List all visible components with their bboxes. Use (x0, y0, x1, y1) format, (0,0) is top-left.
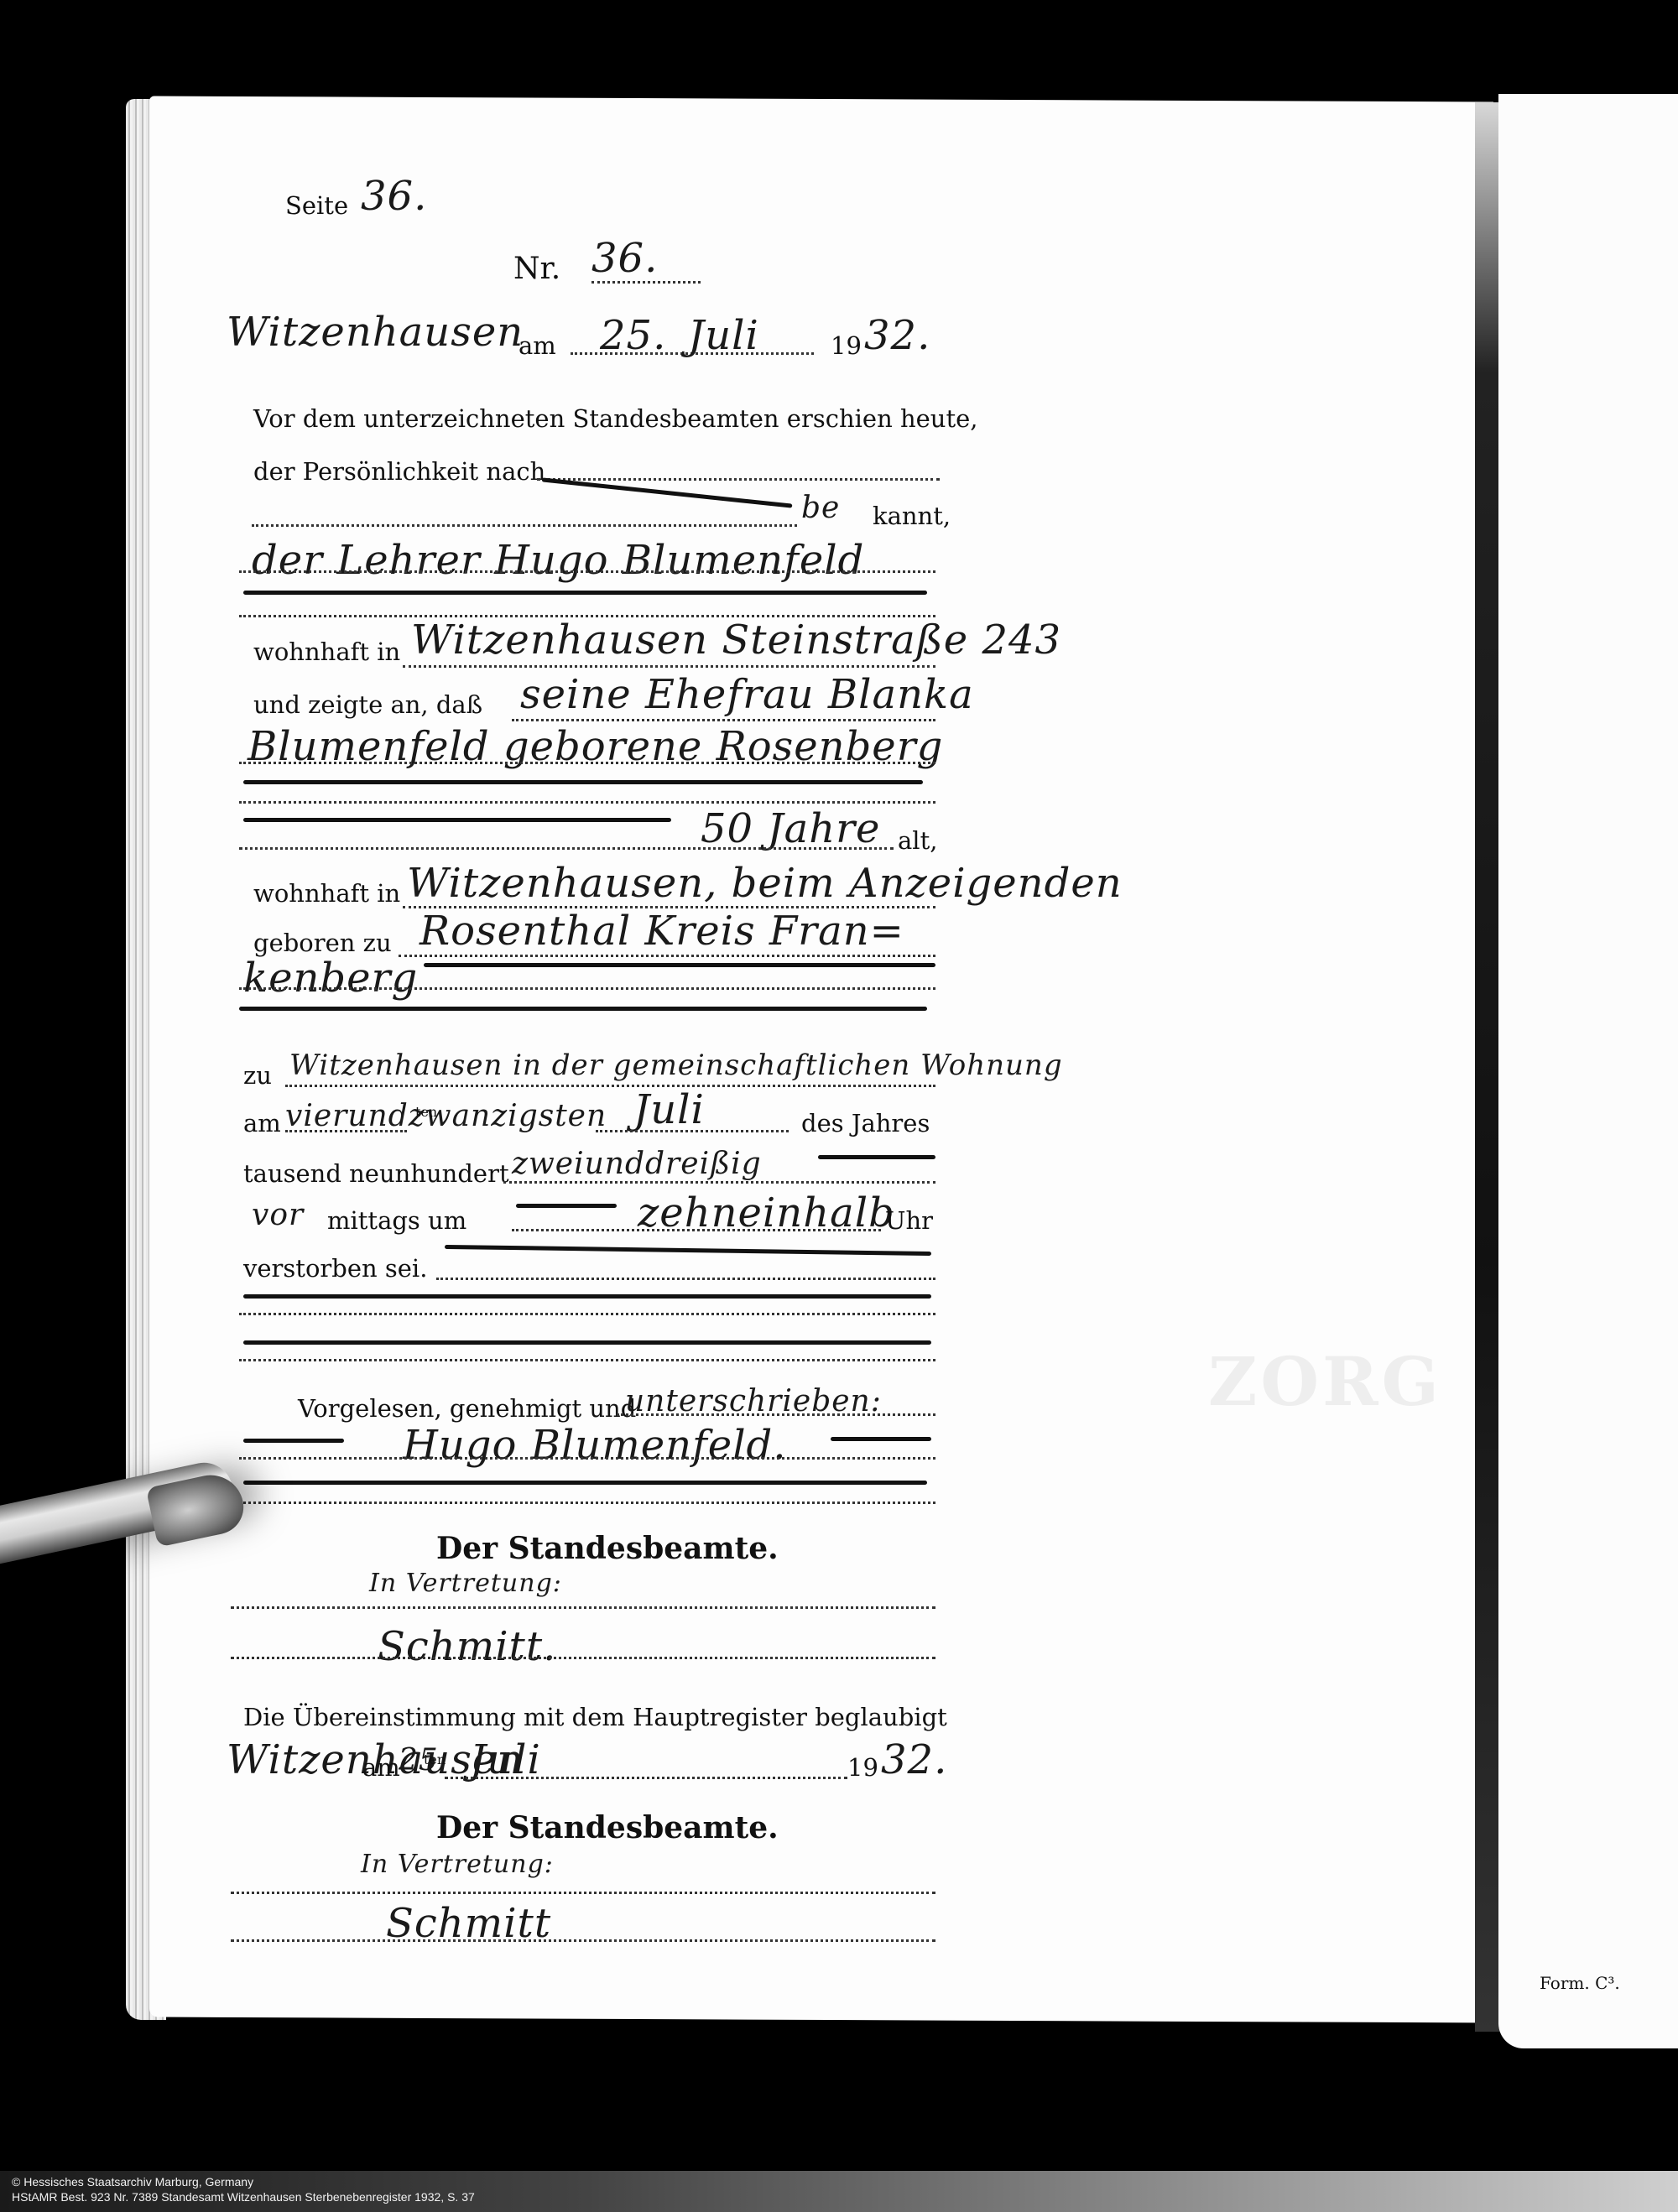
born-value-2: kenberg (243, 955, 418, 1002)
born-line-1 (399, 955, 935, 957)
age-suffix: alt, (898, 826, 937, 855)
identity-suffix: kannt, (873, 502, 951, 530)
signature-strike-right (831, 1437, 931, 1441)
thousand-label: tausend neunhundert (243, 1159, 509, 1188)
rule (243, 1340, 931, 1345)
header-am: am (519, 331, 556, 360)
death-year-value: zweiunddreißig (512, 1147, 762, 1181)
deceased-line-2 (239, 762, 935, 764)
death-place-line (285, 1085, 935, 1087)
certification-line: Die Übereinstimmung mit dem Hauptregiste… (243, 1703, 947, 1731)
header-year-prefix: 19 (831, 331, 862, 360)
residence-value: Witzenhausen Steinstraße 243 (411, 617, 1061, 664)
age-strike (243, 818, 671, 822)
death-year-label: des Jahres (801, 1109, 930, 1137)
entry-number: 36. (591, 235, 658, 282)
death-date-label: am (243, 1109, 281, 1137)
identity-label: der Persönlichkeit nach (253, 457, 545, 486)
entry-number-line (591, 281, 701, 284)
age-line (239, 847, 894, 850)
registrar-title-2: Der Standesbeamte. (436, 1810, 779, 1845)
informant-line (239, 570, 935, 573)
time-line (512, 1229, 881, 1231)
death-day-suffix: ten (415, 1104, 437, 1120)
rule (243, 591, 927, 595)
header-day: 25. (600, 312, 666, 359)
page-label: Seite (285, 191, 348, 220)
header-month: Juli (688, 312, 759, 359)
time-prefix: vor (252, 1198, 304, 1232)
rule (243, 780, 923, 784)
footer-copyright: © Hessisches Staatsarchiv Marburg, Germa… (12, 2174, 1666, 2189)
deceased-residence-label: wohnhaft in (253, 879, 400, 908)
read-label: Vorgelesen, genehmigt und (298, 1394, 636, 1423)
read-line (617, 1413, 935, 1416)
rule (243, 1481, 927, 1485)
death-place-value: Witzenhausen in der gemeinschaftlichen W… (289, 1049, 1063, 1082)
page-number: 36. (361, 173, 427, 220)
header-year-suffix: 32. (864, 312, 930, 359)
time-mittags-label: mittags um (327, 1206, 466, 1235)
registrar-deputy-2: In Vertretung: (361, 1850, 554, 1879)
show-through-watermark: ZORG (1208, 1342, 1442, 1421)
deceased-residence-value: Witzenhausen, beim Anzeigenden (407, 860, 1123, 907)
registrar-title-1: Der Standesbeamte. (436, 1531, 779, 1566)
death-year-strike (818, 1155, 935, 1159)
registrar-line-1 (231, 1606, 935, 1609)
identity-line-2 (252, 524, 797, 527)
facing-page (1498, 94, 1678, 2048)
time-strike (516, 1204, 617, 1208)
intro-line: Vor dem unterzeichneten Standesbeamten e… (253, 404, 978, 433)
blank-line (239, 1313, 935, 1315)
deceased-line-1 (512, 719, 935, 721)
death-month-value: Juli (633, 1086, 705, 1133)
identity-line (537, 478, 940, 481)
registrar-line-3 (231, 1892, 935, 1894)
signature-line (239, 1457, 935, 1460)
informant-signature: Hugo Blumenfeld. (403, 1422, 787, 1469)
death-year-line (503, 1181, 935, 1184)
deceased-name-1: seine Ehefrau Blanka (520, 671, 974, 718)
death-day-value: vierundzwanzigsten (285, 1099, 607, 1133)
blank-line (239, 1502, 935, 1504)
registrar-signature-1: Schmitt. (378, 1623, 556, 1670)
blank-line (239, 1359, 935, 1361)
registrar-deputy-1: In Vertretung: (369, 1569, 562, 1598)
footer-citation: HStAMR Best. 923 Nr. 7389 Standesamt Wit… (12, 2189, 1666, 2204)
blank-line (239, 801, 935, 804)
time-uhr-label: Uhr (885, 1206, 933, 1235)
born-value-1: Rosenthal Kreis Fran= (419, 908, 904, 955)
born-line-2 (239, 987, 935, 990)
form-code: Form. C³. (1540, 1973, 1620, 1993)
cert-year-prefix: 19 (847, 1753, 878, 1782)
residence-line (403, 665, 935, 668)
archive-footer: © Hessisches Staatsarchiv Marburg, Germa… (0, 2171, 1678, 2212)
residence-label: wohnhaft in (253, 638, 400, 666)
death-day-line (285, 1130, 407, 1132)
born-strike (424, 963, 935, 967)
age-value: 50 Jahre (701, 805, 880, 852)
book-gutter (1475, 102, 1500, 2032)
rule (243, 1294, 931, 1299)
died-line (436, 1278, 935, 1280)
death-month-line (596, 1130, 789, 1132)
born-label: geboren zu (253, 929, 392, 957)
cert-am: am (362, 1753, 400, 1782)
died-label: verstorben sei. (243, 1254, 427, 1283)
signature-strike-left (243, 1439, 344, 1443)
cert-year-suffix: 32. (881, 1736, 947, 1783)
cert-date-line (445, 1777, 847, 1779)
death-place-label: zu (243, 1061, 272, 1090)
header-place: Witzenhausen (227, 309, 524, 356)
registrar-line-4 (231, 1939, 935, 1942)
cert-day-suffix: ten (424, 1751, 446, 1767)
identity-hand: be (801, 491, 840, 525)
registrar-line-2 (231, 1657, 935, 1659)
reported-label: und zeigte an, daß (253, 690, 482, 719)
informant-name: der Lehrer Hugo Blumenfeld (252, 537, 864, 584)
entry-label: Nr. (513, 252, 560, 286)
rule (239, 1007, 927, 1011)
